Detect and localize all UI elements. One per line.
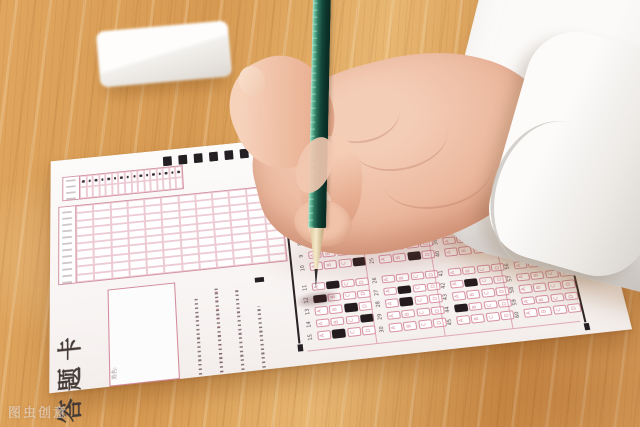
watermark: 图虫创意 [8,402,68,421]
bubble-letter: C [348,306,354,310]
bubble-letter: A [525,299,531,303]
answer-bubble: B [535,294,550,304]
bubble-letter: C [346,294,352,298]
answer-bubble: D [564,291,579,301]
bubble-letter: B [473,305,479,309]
answer-bubble: B [329,304,343,314]
question-number: 60 [514,310,522,319]
grid-mark [108,178,110,181]
instruction-line [257,306,266,368]
answer-bubble: A [315,318,329,328]
bubble-letter: A [460,318,466,322]
bubble-letter: C [351,330,357,334]
bubble-letter: B [475,317,481,321]
bubble-letter: B [470,292,476,296]
grid-mark [139,174,142,177]
bubble-letter: D [502,301,508,305]
bubble-letter: C [422,322,428,326]
answer-bubble: B [530,271,545,280]
grid-mark [95,179,97,182]
answer-bubble: C [478,276,493,285]
timing-mark [224,150,233,160]
grid-mark [82,180,84,183]
grid-cell [182,262,200,272]
bubble-letter: A [458,306,464,310]
bubble-letter: B [539,297,545,301]
grid-cell [176,177,183,189]
bubble-letter: C [490,315,496,319]
pencil-shaft [308,0,331,228]
question-number: 13 [305,307,312,316]
answer-bubble: D [561,279,576,288]
grid-mark [159,172,162,175]
answer-bubble: C [345,315,359,325]
answer-bubble: A [382,286,396,295]
question-number: 58 [509,286,517,295]
pencil-wood-cone [308,228,325,270]
bubble-letter: A [387,289,393,293]
question-number: 45 [446,317,454,326]
bubble-letter: C [551,284,557,288]
bubble-letter: D [363,304,369,308]
bubble-letter: B [336,332,342,336]
bubble-letter: C [416,286,422,290]
answer-bubble: A [449,279,464,288]
timing-mark [209,152,218,162]
bubble-letter: B [335,319,341,323]
answer-bubble: C [552,305,567,315]
timing-mark [178,155,187,165]
answer-bubble: C [342,291,356,301]
grid-cell [77,273,95,283]
answer-bubble: B [401,309,416,319]
grid-mark [114,177,116,180]
answer-bubble: A [317,330,331,340]
answer-bubble: C [347,327,362,337]
bubble-letter: C [349,318,355,322]
answer-bubble: C [414,295,429,305]
bubble-letter: A [320,321,326,325]
bubble-letter: A [454,282,460,286]
fill-example-mark [255,277,265,283]
bubble-letter: D [361,292,367,296]
bubble-letter: B [537,285,543,289]
question-number: 59 [511,298,519,307]
bubble-letter: B [468,281,474,285]
bubble-letter: A [527,311,533,315]
bubble-letter: C [483,279,489,283]
bubble-letter: D [500,289,506,293]
grid-cell [94,271,112,281]
bubble-letter: B [402,288,408,292]
answer-bubble-filled: B [332,329,347,339]
question-number: 27 [373,288,380,297]
bubble-letter: A [318,309,324,313]
answer-bubble: B [537,307,552,317]
bubble-letter: D [569,294,575,298]
answer-bubble: A [386,310,401,320]
grid-mark [171,171,174,174]
answer-bubble: A [518,284,533,293]
answer-bubble: C [483,300,498,310]
grid-mark [165,172,168,175]
answer-bubble: C [485,312,500,322]
student-id-grid-label [59,206,76,284]
pencil-lead-tip [308,269,324,288]
timing-mark [194,153,203,163]
bubble-letter: D [571,306,577,310]
question-number: 43 [442,293,450,302]
answer-bubble: B [403,321,418,331]
bubble-letter: D [504,313,510,317]
answer-bubble-filled: C [343,303,357,313]
answer-bubble: B [470,314,485,324]
grid-cell [199,260,217,270]
name-box: 姓名: [108,282,180,386]
bubble-letter: C [420,310,426,314]
answer-bubble: A [384,298,398,308]
answer-bubble-filled: A [453,303,468,313]
answer-bubble: C [549,293,564,303]
grid-mark [127,176,130,179]
question-number: 28 [375,300,382,309]
instructions-block [187,267,295,379]
answer-bubble: A [388,323,403,333]
grid-mark [120,176,123,179]
answer-bubble: B [330,317,344,327]
bubble-letter: A [321,333,327,337]
bubble-letter: C [485,291,491,295]
eraser [96,20,232,87]
bubble-letter: D [435,308,441,312]
grid-cell [164,264,182,274]
answer-bubble: B [466,290,481,300]
bubble-letter: C [418,298,424,302]
instruction-line [194,297,202,375]
bubble-letter: A [392,326,398,330]
grid-cell [129,267,147,277]
bubble-letter: A [390,313,396,317]
question-number: 57 [506,274,514,283]
answer-bubble-filled: B [399,297,414,307]
answer-bubble: A [455,315,470,325]
answer-bubble: A [451,291,466,301]
bubble-letter: D [366,328,372,332]
subject-grid-label [63,176,80,200]
photo-scene: 答题卡 姓名: 1ABCD2ABCD3ABCD4ABCD5ABCD6ABCD7A… [0,0,640,427]
answer-bubble: C [480,288,495,297]
bubble-letter: C [554,296,560,300]
question-number: 30 [379,324,386,334]
grid-mark [178,171,181,174]
bubble-letter: A [389,301,395,305]
instruction-line [214,287,223,372]
bubble-letter: D [364,316,370,320]
bubble-letter: C [557,308,563,312]
bubble-letter: B [534,274,540,278]
question-number: 44 [444,305,452,314]
timing-mark [163,156,172,166]
answer-bubble: B [468,302,483,312]
bubble-letter: B [403,300,409,304]
bubble-letter: A [456,294,462,298]
bubble-letter: B [542,309,548,313]
subject-grid-cells [80,166,183,199]
grid-mark [152,173,155,176]
question-number: 14 [306,320,313,329]
grid-mark [88,179,90,182]
answer-bubble: C [412,283,426,292]
answer-bubble: A [515,272,530,281]
grid-cell [147,265,165,275]
answer-bubble: C [416,307,431,317]
bubble-letter: C [549,272,555,276]
grid-cell [217,258,235,268]
bubble-letter: B [333,307,339,311]
answer-bubble: B [532,283,547,292]
grid-cell [234,256,252,266]
answer-bubble: C [547,281,562,290]
bubble-letter: D [566,282,572,286]
answer-bubble: C [418,319,433,329]
answer-bubble: A [520,296,535,306]
question-number: 29 [377,312,384,321]
answer-bubble: A [523,308,538,318]
instruction-line [235,289,245,370]
bubble-letter: A [520,275,526,279]
bubble-letter: C [487,303,493,307]
grid-mark [101,178,103,181]
bubble-letter: B [407,324,413,328]
answer-bubble-filled: B [397,285,411,294]
bubble-letter: A [522,287,528,291]
grid-cell [112,269,130,279]
answer-bubble: A [314,306,328,316]
answer-bubble-filled: B [464,278,479,287]
question-number: 15 [307,332,314,342]
bubble-letter: B [405,312,411,316]
grid-mark [146,174,149,177]
grid-mark [133,175,136,178]
bubble-letter: D [437,321,443,325]
answer-bubble: D [567,303,582,313]
bubble-letter: D [433,296,439,300]
question-number: 42 [440,281,448,290]
grid-cell [175,166,182,178]
name-label: 姓名: [111,367,119,380]
